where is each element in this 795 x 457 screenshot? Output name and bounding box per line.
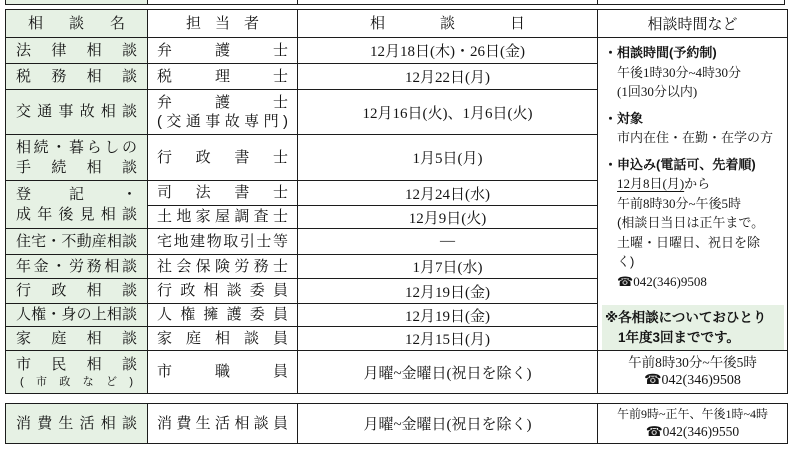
consumer-table: 消費生活相談 消費生活相談員 月曜~金曜日(祝日を除く) 午前9時~正午、午後1… <box>5 403 788 444</box>
info-apply-line4: 土曜・日曜日、祝日を除 <box>604 233 784 253</box>
info-target-title: ・対象 <box>604 109 784 129</box>
cell-consumer-date: 月曜~金曜日(祝日を除く) <box>298 404 598 444</box>
cell-family-staff: 家庭相談員 <box>148 327 298 351</box>
cell-housing-staff: 宅地建物取引士等 <box>148 229 298 255</box>
cell-traffic-staff: 弁護士 (交通事故専門) <box>148 90 298 135</box>
cell-admin-name: 行政相談 <box>6 279 148 304</box>
cell-admin-staff: 行政相談委員 <box>148 279 298 304</box>
info-apply-line5: く) <box>604 252 784 272</box>
col-header-date: 相談日 <box>298 10 598 38</box>
cell-consumer-time: 午前9時~正午、午後1時~4時 ☎042(346)9550 <box>598 404 788 444</box>
col-header-staff: 担当者 <box>148 10 298 38</box>
cell-registry-name: 登記・ 成年後見相談 <box>6 181 148 229</box>
cell-pension-date: 1月7日(水) <box>298 255 598 279</box>
info-target-line1: 市内在住・在勤・在学の方 <box>604 128 784 148</box>
info-apply-date: 12月8日(月)から <box>604 174 784 194</box>
cell-citizen-date: 月曜~金曜日(祝日を除く) <box>298 351 598 394</box>
cell-pension-name: 年金・労務相談 <box>6 255 148 279</box>
note-line2: 1年度3回までです。 <box>605 328 782 348</box>
cell-traffic-date: 12月16日(火)、1月6日(火) <box>298 90 598 135</box>
cell-admin-date: 12月19日(金) <box>298 279 598 304</box>
info-hours-line2: (1回30分以内) <box>604 82 784 102</box>
cropped-cell-name <box>6 0 148 4</box>
consultation-table: 相談名 担当者 相談日 相談時間など 法律相談 弁護士 12月18日(木)・26… <box>5 9 788 394</box>
cell-human-rights-staff: 人権擁護委員 <box>148 304 298 327</box>
info-apply-line2: 午前8時30分~午後5時 <box>604 194 784 214</box>
cell-inheritance-staff: 行政書士 <box>148 135 298 181</box>
cell-tax-staff: 税理士 <box>148 64 298 90</box>
cropped-row-remnant <box>5 0 785 5</box>
cell-human-rights-date: 12月19日(金) <box>298 304 598 327</box>
col-header-info: 相談時間など <box>598 10 788 38</box>
cell-consumer-name: 消費生活相談 <box>6 404 148 444</box>
cell-human-rights-name: 人権・身の上相談 <box>6 304 148 327</box>
info-hours-title: ・相談時間(予約制) <box>604 43 784 63</box>
cell-registry-date2: 12月9日(火) <box>298 206 598 229</box>
cell-citizen-time: 午前8時30分~午後5時 ☎042(346)9508 <box>598 351 788 394</box>
cell-housing-date: ― <box>298 229 598 255</box>
cell-registry-date1: 12月24日(水) <box>298 181 598 206</box>
cell-tax-name: 税務相談 <box>6 64 148 90</box>
cell-citizen-name: 市民相談 (市政など) <box>6 351 148 394</box>
cell-registry-staff1: 司法書士 <box>148 181 298 206</box>
col-header-consultation-name: 相談名 <box>6 10 148 38</box>
info-phone: ☎042(346)9508 <box>604 272 784 292</box>
cropped-cell-staff <box>148 0 298 4</box>
header-row: 相談名 担当者 相談日 相談時間など <box>6 10 788 38</box>
note-line1: ※各相談についておひとり <box>605 308 782 328</box>
cell-registry-staff2: 土地家屋調査士 <box>148 206 298 229</box>
cell-pension-staff: 社会保険労務士 <box>148 255 298 279</box>
cropped-cell-info <box>598 0 784 4</box>
cell-housing-name: 住宅・不動産相談 <box>6 229 148 255</box>
cell-traffic-name: 交通事故相談 <box>6 90 148 135</box>
row-citizen: 市民相談 (市政など) 市職員 月曜~金曜日(祝日を除く) 午前8時30分~午後… <box>6 351 788 394</box>
row-law: 法律相談 弁護士 12月18日(木)・26日(金) ・相談時間(予約制) 午後1… <box>6 38 788 64</box>
cell-law-name: 法律相談 <box>6 38 148 64</box>
cell-consumer-staff: 消費生活相談員 <box>148 404 298 444</box>
cell-inheritance-name: 相続・暮らしの 手続相談 <box>6 135 148 181</box>
cell-citizen-staff: 市職員 <box>148 351 298 394</box>
cell-law-date: 12月18日(木)・26日(金) <box>298 38 598 64</box>
cell-inheritance-date: 1月5日(月) <box>298 135 598 181</box>
cell-tax-date: 12月22日(月) <box>298 64 598 90</box>
cropped-cell-date <box>298 0 598 4</box>
page: 相談名 担当者 相談日 相談時間など 法律相談 弁護士 12月18日(木)・26… <box>0 0 795 444</box>
info-panel: ・相談時間(予約制) 午後1時30分~4時30分 (1回30分以内) ・対象 市… <box>598 38 788 351</box>
cell-law-staff: 弁護士 <box>148 38 298 64</box>
info-apply-line3: (相談日当日は正午まで。 <box>604 213 784 233</box>
cell-family-name: 家庭相談 <box>6 327 148 351</box>
row-consumer: 消費生活相談 消費生活相談員 月曜~金曜日(祝日を除く) 午前9時~正午、午後1… <box>6 404 788 444</box>
cell-family-date: 12月15日(月) <box>298 327 598 351</box>
info-apply-title: ・申込み(電話可、先着順) <box>604 155 784 175</box>
info-hours-line1: 午後1時30分~4時30分 <box>604 63 784 83</box>
note-box: ※各相談についておひとり 1年度3回までです。 <box>602 305 784 350</box>
